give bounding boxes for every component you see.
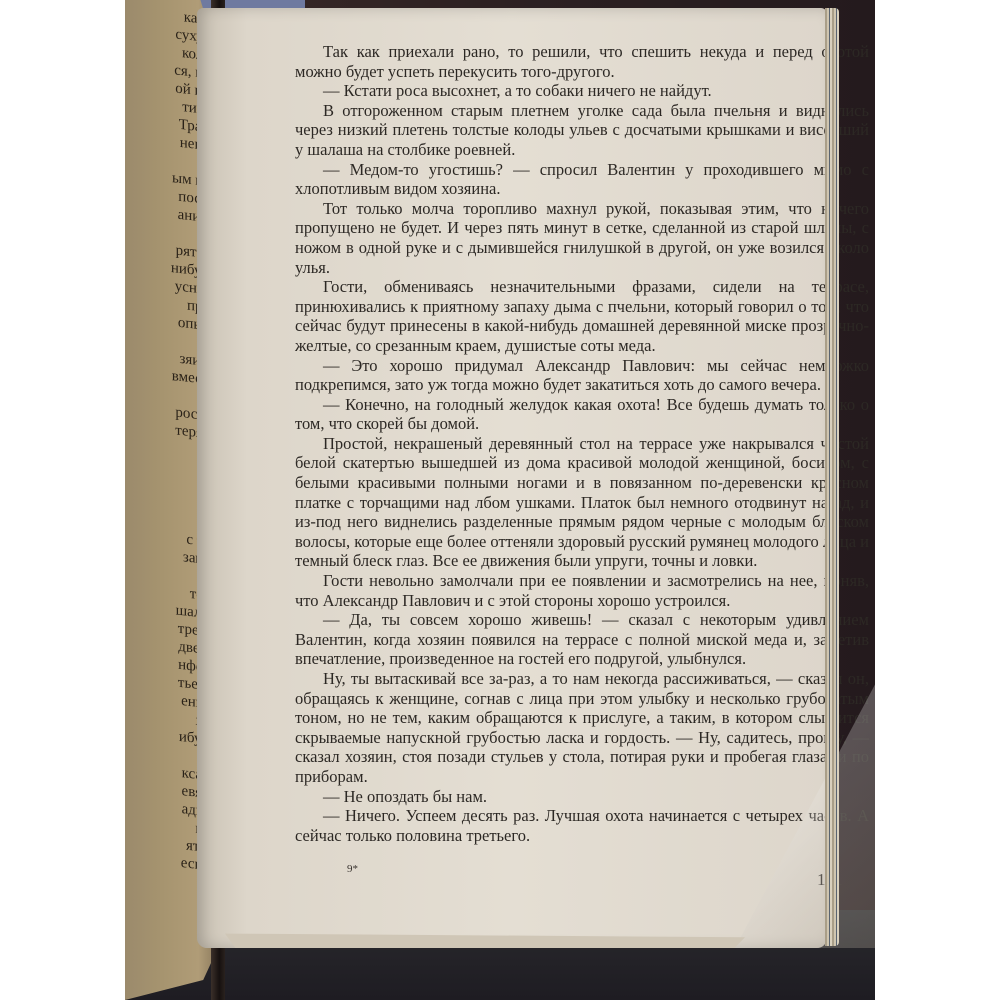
paragraph: Простой, некрашеный деревянный стол на т… xyxy=(295,434,869,571)
paragraph: Так как приехали рано, то решили, что сп… xyxy=(295,42,869,81)
paragraph: — Не опоздать бы нам. xyxy=(295,787,869,807)
right-page: Так как приехали рано, то решили, что сп… xyxy=(197,8,827,948)
page-edges xyxy=(825,8,839,946)
paragraph: — Медом-то угостишь? — спросил Валентин … xyxy=(295,160,869,199)
paragraph: Гости, обмениваясь незначительными фраза… xyxy=(295,277,869,355)
paragraph: Ну, ты вытаскивай все за-раз, а то нам н… xyxy=(295,669,869,787)
paragraph: — Да, ты совсем хорошо живешь! — сказал … xyxy=(295,610,869,669)
page-text: Так как приехали рано, то решили, что сп… xyxy=(295,42,869,845)
paragraph: — Это хорошо придумал Александр Павлович… xyxy=(295,356,869,395)
paragraph: Гости невольно замолчали при ее появлени… xyxy=(295,571,869,610)
paragraph: — Ничего. Успеем десять раз. Лучшая охот… xyxy=(295,806,869,845)
paragraph: — Кстати роса высохнет, а то собаки ниче… xyxy=(295,81,869,101)
signature-mark: 9* xyxy=(347,863,358,875)
book-photo: камисухуюколе-ся, на-ой по-тихо,Траванеп… xyxy=(125,0,875,1000)
paragraph: — Конечно, на голодный желудок какая охо… xyxy=(295,395,869,434)
paragraph: В отгороженном старым плетнем уголке сад… xyxy=(295,101,869,160)
paragraph: Тот только молча торопливо махнул рукой,… xyxy=(295,199,869,277)
